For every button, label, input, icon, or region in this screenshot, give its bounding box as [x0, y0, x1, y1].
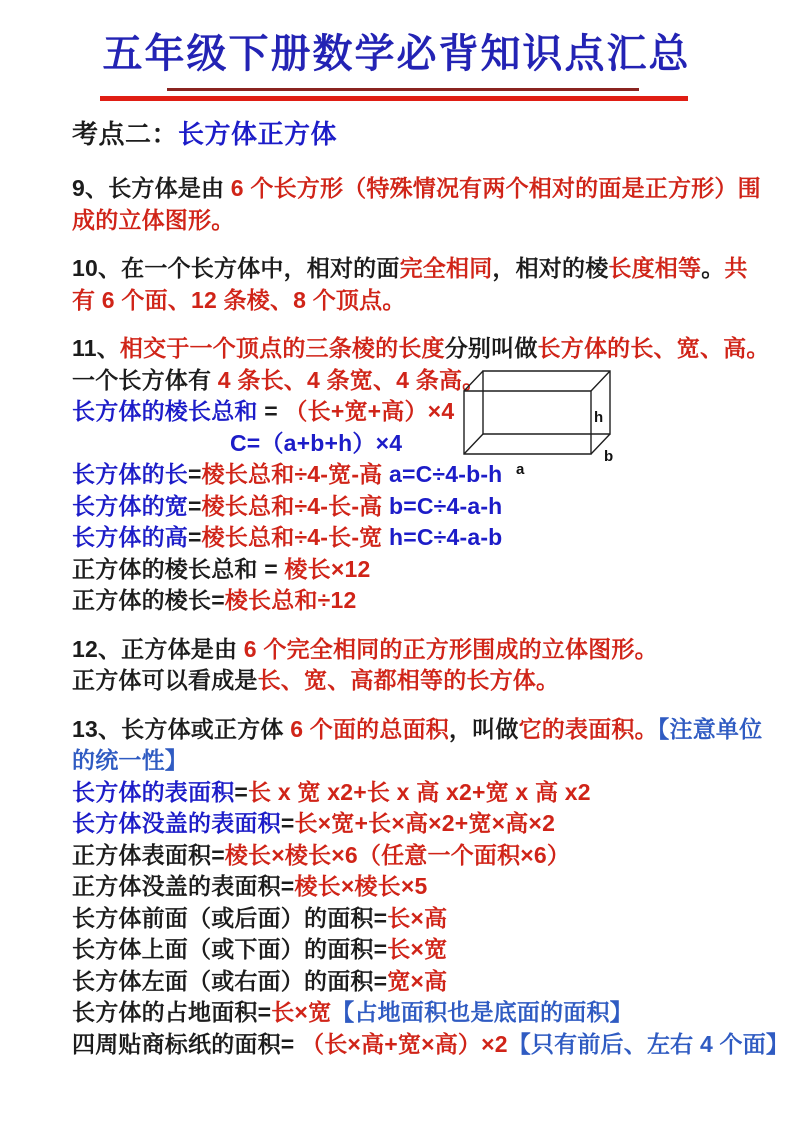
text-segment: = — [234, 779, 248, 805]
text-segment: 。 — [701, 255, 724, 281]
text-segment: b=C÷4-a-h — [382, 493, 502, 519]
text-line: 12、正方体是由 6 个完全相同的正方形围成的立体图形。 — [72, 634, 772, 666]
text-segment: 长×宽 — [271, 999, 331, 1025]
text-segment: 4 条长、4 条宽、4 条高。 — [218, 367, 486, 393]
point-10: 10、在一个长方体中，相对的面完全相同，相对的棱长度相等。共有 6 个面、12 … — [72, 253, 772, 316]
section-heading-topic: 长方体正方体 — [178, 119, 337, 149]
text-segment: 6 个长方形（特殊情况有两个相对的面是正方形）围 — [231, 175, 761, 201]
text-line: 四周贴商标纸的面积= （长×高+宽×高）×2【只有前后、左右 4 个面】 — [72, 1029, 772, 1061]
text-segment: 成的立体图形。 — [72, 207, 234, 233]
cuboid-depth-edges — [464, 371, 610, 454]
cuboid-label-a: a — [516, 461, 525, 478]
text-line: 长方体没盖的表面积=长×宽+长×高×2+宽×高×2 — [72, 808, 772, 840]
point-9: 9、长方体是由 6 个长方形（特殊情况有两个相对的面是正方形）围成的立体图形。 — [72, 173, 772, 236]
text-line: 10、在一个长方体中，相对的面完全相同，相对的棱长度相等。共 — [72, 253, 772, 285]
text-segment: 长、宽、高都相等的长方体。 — [258, 667, 560, 693]
text-segment: 宽×高 — [387, 968, 447, 994]
text-segment: = — [281, 810, 295, 836]
text-segment: 长 x 宽 x2+长 x 高 x2+宽 x 高 x2 — [248, 779, 591, 805]
text-segment: 棱长总和÷4-宽-高 — [202, 461, 383, 487]
text-segment: 长方体的宽 — [72, 493, 188, 519]
text-line: 正方体的棱长总和 = 棱长×12 — [72, 554, 772, 586]
point-12: 12、正方体是由 6 个完全相同的正方形围成的立体图形。正方体可以看成是长、宽、… — [72, 634, 772, 697]
text-segment: 四周贴商标纸的面积= — [72, 1031, 301, 1057]
text-line: 长方体的棱长总和 = （长+宽+高）×4 — [72, 396, 772, 428]
text-segment: 长方体左面（或右面）的面积= — [72, 968, 387, 994]
text-segment: C=（a+b+h）×4 — [230, 430, 402, 456]
text-segment: 长方体前面（或后面）的面积= — [72, 905, 387, 931]
text-segment: 一个长方体有 — [72, 367, 218, 393]
text-segment: 它的表面积。 — [519, 716, 658, 742]
text-line: 的统一性】 — [72, 745, 772, 777]
text-segment: 正方体可以看成是 — [72, 667, 258, 693]
text-segment: 10、在一个长方体中，相对的面 — [72, 255, 400, 281]
section-heading: 考点二：长方体正方体 — [72, 118, 337, 150]
text-segment: 正方体没盖的表面积= — [72, 873, 294, 899]
text-segment: 正方体的棱长= — [72, 587, 225, 613]
point-11: 11、相交于一个顶点的三条棱的长度分别叫做长方体的长、宽、高。一个长方体有 4 … — [72, 333, 772, 617]
text-segment: （长+宽+高）×4 — [284, 398, 454, 424]
text-segment: 的统一性】 — [72, 747, 188, 773]
text-segment: 长方体的棱长总和 — [72, 398, 258, 424]
text-segment: 长方体的长 — [72, 461, 188, 487]
text-segment: 长方体的长、宽、高。 — [538, 335, 770, 361]
text-segment: 长×宽+长×高×2+宽×高×2 — [294, 810, 555, 836]
text-line: 长方体的长=棱长总和÷4-宽-高 a=C÷4-b-h — [72, 459, 772, 491]
text-segment: 棱长总和÷4-长-宽 — [202, 524, 383, 550]
document-content: 9、长方体是由 6 个长方形（特殊情况有两个相对的面是正方形）围成的立体图形。1… — [72, 173, 772, 1077]
text-segment: 长方体的高 — [72, 524, 188, 550]
text-segment: = — [258, 398, 285, 424]
text-line: C=（a+b+h）×4 — [72, 428, 772, 460]
document-page: 五年级下册数学必背知识点汇总 考点二：长方体正方体 9、长方体是由 6 个长方形… — [0, 0, 793, 1122]
section-heading-prefix: 考点二： — [72, 119, 178, 149]
text-line: 长方体的表面积=长 x 宽 x2+长 x 高 x2+宽 x 高 x2 — [72, 777, 772, 809]
text-line: 长方体左面（或右面）的面积=宽×高 — [72, 966, 772, 998]
text-segment: 长×宽 — [387, 936, 447, 962]
text-line: 一个长方体有 4 条长、4 条宽、4 条高。 — [72, 365, 772, 397]
text-segment: 棱长×12 — [284, 556, 370, 582]
text-line: 正方体没盖的表面积=棱长×棱长×5 — [72, 871, 772, 903]
text-segment: 共 — [724, 255, 747, 281]
cuboid-edges — [464, 371, 610, 454]
cuboid-label-h: h — [594, 409, 603, 426]
cuboid-label-b: b — [604, 448, 613, 465]
text-segment: 棱长总和÷12 — [225, 587, 357, 613]
text-segment: 分别叫做 — [445, 335, 538, 361]
title-underline-dark — [167, 88, 639, 91]
title-underline-bright — [100, 96, 688, 101]
text-segment: 长×高 — [387, 905, 447, 931]
text-segment: 棱长总和÷4-长-高 — [202, 493, 383, 519]
text-line: 长方体的占地面积=长×宽【占地面积也是底面的面积】 — [72, 997, 772, 1029]
text-line: 正方体可以看成是长、宽、高都相等的长方体。 — [72, 665, 772, 697]
text-segment: （长×高+宽×高）×2 — [301, 1031, 508, 1057]
text-segment: 12、正方体是由 — [72, 636, 244, 662]
text-segment: ，相对的棱 — [492, 255, 608, 281]
text-segment: 长方体的表面积 — [72, 779, 234, 805]
text-segment: 长方体上面（或下面）的面积= — [72, 936, 387, 962]
cuboid-diagram: h b a — [458, 362, 633, 480]
text-segment: 【注意单位 — [658, 716, 763, 742]
text-segment: 长方体的占地面积= — [72, 999, 271, 1025]
text-segment: = — [188, 524, 202, 550]
text-segment: 6 个完全相同的正方形围成的立体图形。 — [244, 636, 658, 662]
text-segment: 棱长×棱长×6（任意一个面积×6） — [225, 842, 570, 868]
text-line: 长方体上面（或下面）的面积=长×宽 — [72, 934, 772, 966]
text-segment: = — [188, 461, 202, 487]
text-segment: 相交于一个顶点的三条棱的长度 — [120, 335, 445, 361]
point-13: 13、长方体或正方体 6 个面的总面积，叫做它的表面积。【注意单位的统一性】长方… — [72, 714, 772, 1061]
text-segment: 13、长方体或正方体 — [72, 716, 290, 742]
text-segment: 长度相等 — [608, 255, 701, 281]
text-line: 正方体表面积=棱长×棱长×6（任意一个面积×6） — [72, 840, 772, 872]
text-segment: 棱长×棱长×5 — [294, 873, 427, 899]
page-title: 五年级下册数学必背知识点汇总 — [0, 30, 793, 78]
text-line: 长方体的高=棱长总和÷4-长-宽 h=C÷4-a-b — [72, 522, 772, 554]
text-line: 有 6 个面、12 条棱、8 个顶点。 — [72, 285, 772, 317]
text-line: 长方体的宽=棱长总和÷4-长-高 b=C÷4-a-h — [72, 491, 772, 523]
text-segment: 【占地面积也是底面的面积】 — [331, 999, 633, 1025]
text-line: 13、长方体或正方体 6 个面的总面积，叫做它的表面积。【注意单位 — [72, 714, 772, 746]
text-segment: h=C÷4-a-b — [382, 524, 502, 550]
text-segment: 【只有前后、左右 4 个面】 — [508, 1031, 789, 1057]
text-segment: 11、 — [72, 335, 120, 361]
text-line: 11、相交于一个顶点的三条棱的长度分别叫做长方体的长、宽、高。 — [72, 333, 772, 365]
text-segment: 6 个面的总面积 — [290, 716, 449, 742]
text-line: 成的立体图形。 — [72, 205, 772, 237]
text-segment: 有 6 个面、12 条棱、8 个顶点。 — [72, 287, 406, 313]
text-segment: = — [188, 493, 202, 519]
text-line: 长方体前面（或后面）的面积=长×高 — [72, 903, 772, 935]
text-line: 正方体的棱长=棱长总和÷12 — [72, 585, 772, 617]
text-line: 9、长方体是由 6 个长方形（特殊情况有两个相对的面是正方形）围 — [72, 173, 772, 205]
text-segment: 完全相同 — [400, 255, 493, 281]
text-segment: 正方体表面积= — [72, 842, 225, 868]
text-segment: 9、长方体是由 — [72, 175, 231, 201]
text-segment: 长方体没盖的表面积 — [72, 810, 281, 836]
text-segment: ，叫做 — [449, 716, 519, 742]
text-segment: 正方体的棱长总和 = — [72, 556, 284, 582]
